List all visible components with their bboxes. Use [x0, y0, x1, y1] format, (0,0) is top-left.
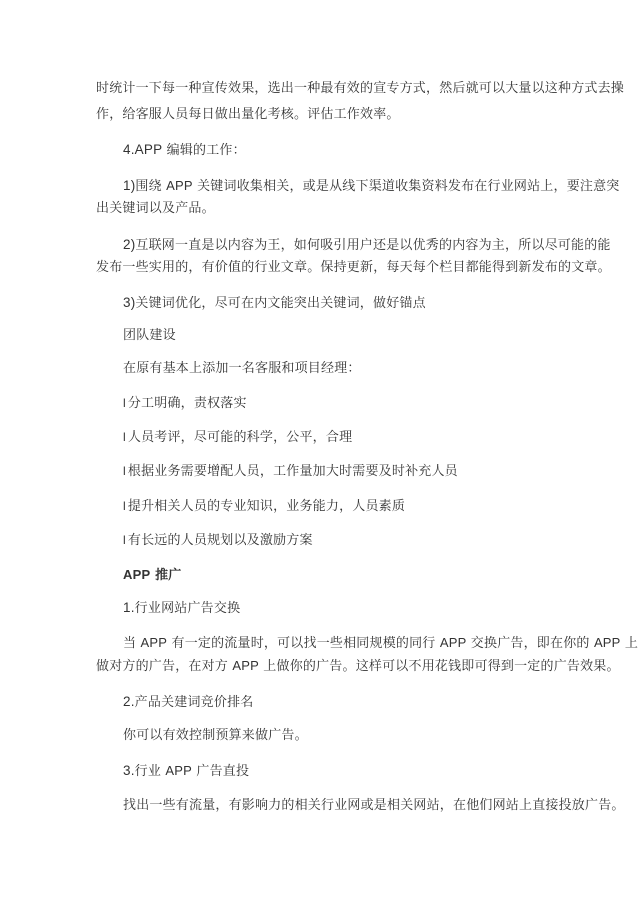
item-text: 关键词收集相关，或是从线下渠道收集资料发布在行业网站上，要注意突: [193, 179, 620, 194]
bullet-text: 分工明确，责权落实: [128, 396, 247, 411]
team-bullet: l有长远的人员规划以及激励方案: [123, 531, 573, 550]
paragraph-intro-line2: 作，给客服人员每日做出量化考核。评估工作效率。: [96, 106, 546, 124]
text: 上做你的广告。这样可以不用花钱即可得到一定的广告效果。: [259, 659, 620, 674]
section-number: 4.APP: [123, 142, 162, 157]
team-intro: 在原有基本上添加一名客服和项目经理：: [123, 360, 573, 378]
document-page: 时统计一下每一种宣传效果，选出一种最有效的宣专方式，然后就可以大量以这种方式去操…: [0, 0, 640, 905]
promo-number: 2.: [123, 694, 135, 709]
text: 交换广告，即在你的: [466, 636, 593, 651]
bullet-text: 根据业务需要增配人员，工作量加大时需要及时补充人员: [128, 464, 458, 479]
text: 有一定的流量时，可以找一些相同规模的同行: [167, 636, 440, 651]
item-text: 互联网一直是以内容为王，如何吸引用户还是以优秀的内容为主，所以尽可能的能: [135, 238, 610, 253]
item-text: 围绕: [135, 179, 166, 194]
promo-1-heading: 1.行业网站广告交换: [123, 599, 573, 618]
paragraph-intro-line1: 时统计一下每一种宣传效果，选出一种最有效的宣专方式，然后就可以大量以这种方式去操: [96, 80, 546, 98]
bullet-icon: l: [123, 499, 126, 513]
item-number: 3): [123, 295, 135, 310]
item-text-app: APP: [166, 178, 193, 193]
promo-title: 行业网站广告交换: [135, 601, 241, 616]
text-app: APP: [594, 635, 621, 650]
promo-title: 产品关建词竞价排名: [135, 695, 254, 710]
bullet-text: 人员考评，尽可能的科学，公平，合理: [128, 430, 352, 445]
promo-heading-text: 推广: [150, 568, 181, 583]
team-bullet: l根据业务需要增配人员，工作量加大时需要及时补充人员: [123, 462, 573, 481]
team-bullet: l分工明确，责权落实: [123, 394, 573, 413]
item-2-line2: 发布一些实用的，有价值的行业文章。保持更新，每天每个栏目都能得到新发布的文章。: [96, 259, 546, 277]
promo-heading-app: APP: [123, 567, 150, 582]
bullet-text: 提升相关人员的专业知识，业务能力，人员素质: [128, 499, 405, 514]
team-bullet: l人员考评，尽可能的科学，公平，合理: [123, 428, 573, 447]
promo-2-body: 你可以有效控制预算来做广告。: [123, 727, 573, 745]
promo-title-app: APP: [165, 763, 192, 778]
item-1-line2: 出关键词以及产品。: [96, 200, 546, 218]
text: 做对方的广告，在对方: [96, 659, 232, 674]
text: 当: [123, 636, 141, 651]
text-app: APP: [440, 635, 467, 650]
text-app: APP: [141, 635, 168, 650]
promo-1-body-line2: 做对方的广告，在对方 APP 上做你的广告。这样可以不用花钱即可得到一定的广告效…: [96, 657, 546, 676]
text: 上: [621, 636, 639, 651]
promo-3-heading: 3.行业 APP 广告直投: [123, 762, 573, 781]
bullet-icon: l: [123, 533, 126, 547]
promo-2-heading: 2.产品关建词竞价排名: [123, 693, 573, 712]
bullet-icon: l: [123, 396, 126, 410]
promo-3-body: 找出一些有流量，有影响力的相关行业网或是相关网站，在他们网站上直接投放广告。: [123, 797, 573, 815]
item-3: 3)关键词优化，尽可在内文能突出关键词，做好锚点: [123, 294, 573, 313]
promo-title: 广告直投: [192, 764, 249, 779]
bullet-icon: l: [123, 430, 126, 444]
team-bullet: l提升相关人员的专业知识，业务能力，人员素质: [123, 497, 573, 516]
item-1-line1: 1)围绕 APP 关键词收集相关，或是从线下渠道收集资料发布在行业网站上，要注意…: [123, 177, 573, 196]
section-4-heading: 4.APP 编辑的工作：: [123, 141, 573, 160]
section-title: 编辑的工作：: [162, 143, 246, 158]
item-number: 1): [123, 178, 135, 193]
bullet-text: 有长远的人员规划以及激励方案: [128, 533, 313, 548]
item-2-line1: 2)互联网一直是以内容为王，如何吸引用户还是以优秀的内容为主，所以尽可能的能: [123, 236, 573, 255]
promo-title: 行业: [135, 764, 166, 779]
item-number: 2): [123, 237, 135, 252]
item-text: 关键词优化，尽可在内文能突出关键词，做好锚点: [135, 296, 425, 311]
team-heading: 团队建设: [123, 327, 573, 345]
promo-heading: APP 推广: [123, 566, 573, 585]
text-app: APP: [232, 658, 259, 673]
promo-number: 3.: [123, 763, 135, 778]
bullet-icon: l: [123, 464, 126, 478]
promo-number: 1.: [123, 600, 135, 615]
promo-1-body-line1: 当 APP 有一定的流量时，可以找一些相同规模的同行 APP 交换广告，即在你的…: [123, 634, 573, 653]
